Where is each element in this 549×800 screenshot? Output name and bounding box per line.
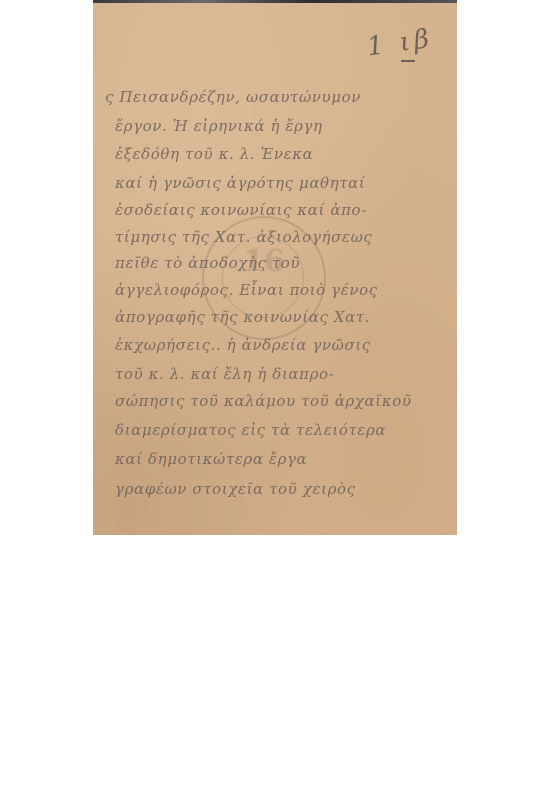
text-line: ἀγγελιοφόρος. Εἶναι ποιὸ γένος: [115, 281, 378, 299]
text-line: ἔργον. Ἡ εἰρηνικά ἡ ἔργη: [115, 117, 323, 135]
text-line: καί δημοτικώτερα ἔργα: [115, 450, 307, 468]
text-line: ἐξεδόθη τοῦ κ. λ. Ἑνεκα: [115, 145, 313, 163]
text-line: πεῖθε τὸ ἀποδοχὴς τοῦ: [115, 254, 300, 272]
text-line: ἐσοδείαις κοινωνίαις καί ἀπο-: [115, 201, 367, 219]
text-line: τίμησις τῆς Χατ. ἀξιολογήσεως: [115, 228, 372, 246]
text-line: ἐκχωρήσεις.. ἡ ἀνδρεία γνῶσις: [115, 336, 371, 354]
handwritten-text: ς Πεισανδρέζην, ωσαυτώνυμον ἔργον. Ἡ εἰρ…: [93, 0, 457, 535]
text-line: ἀπογραφῆς τῆς κοινωνίας Χατ.: [115, 308, 370, 326]
text-line: σώπησις τοῦ καλάμου τοῦ ἀρχαϊκοῦ: [115, 392, 412, 410]
text-line: καί ἡ γνῶσις ἀγρότης μαθηταί: [115, 174, 365, 192]
manuscript-page: 1 ιβ 16 ς Πεισανδρέζην, ωσαυτώνυμον ἔργο…: [93, 0, 457, 535]
text-line: τοῦ κ. λ. καί ἔλη ἡ διαπρο-: [115, 365, 334, 383]
text-line: διαμερίσματος εἰς τὰ τελειότερα: [115, 421, 386, 439]
text-line: ς Πεισανδρέζην, ωσαυτώνυμον: [105, 88, 361, 106]
text-line: γραφέων στοιχεῖα τοῦ χειρὸς: [115, 480, 356, 498]
